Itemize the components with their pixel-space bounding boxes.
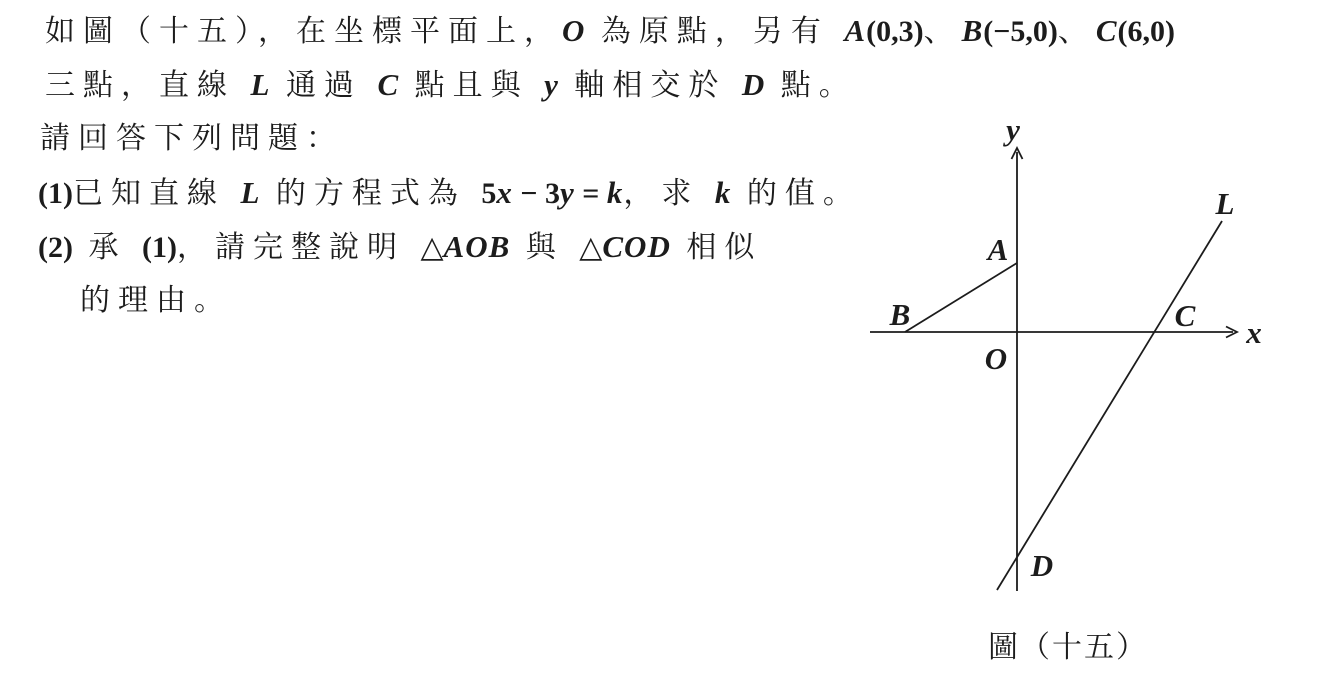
x-axis-label: x xyxy=(1245,315,1262,350)
coordinate-diagram: y x O A B C D L xyxy=(0,0,1338,693)
worksheet-page: 如圖（十五），在坐標平面上，O 為原點，另有 A(0,3)、B(−5,0)、C(… xyxy=(0,0,1338,693)
figure-caption: 圖（十五） xyxy=(968,622,1168,666)
line-l-label: L xyxy=(1215,186,1235,221)
line-l xyxy=(997,221,1222,590)
origin-label: O xyxy=(985,341,1007,376)
y-axis-label: y xyxy=(1002,112,1020,147)
point-c-label: C xyxy=(1175,298,1196,333)
segment-ba xyxy=(905,263,1017,332)
point-a-label: A xyxy=(986,232,1009,267)
point-b-label: B xyxy=(889,297,911,332)
point-d-label: D xyxy=(1030,548,1053,583)
